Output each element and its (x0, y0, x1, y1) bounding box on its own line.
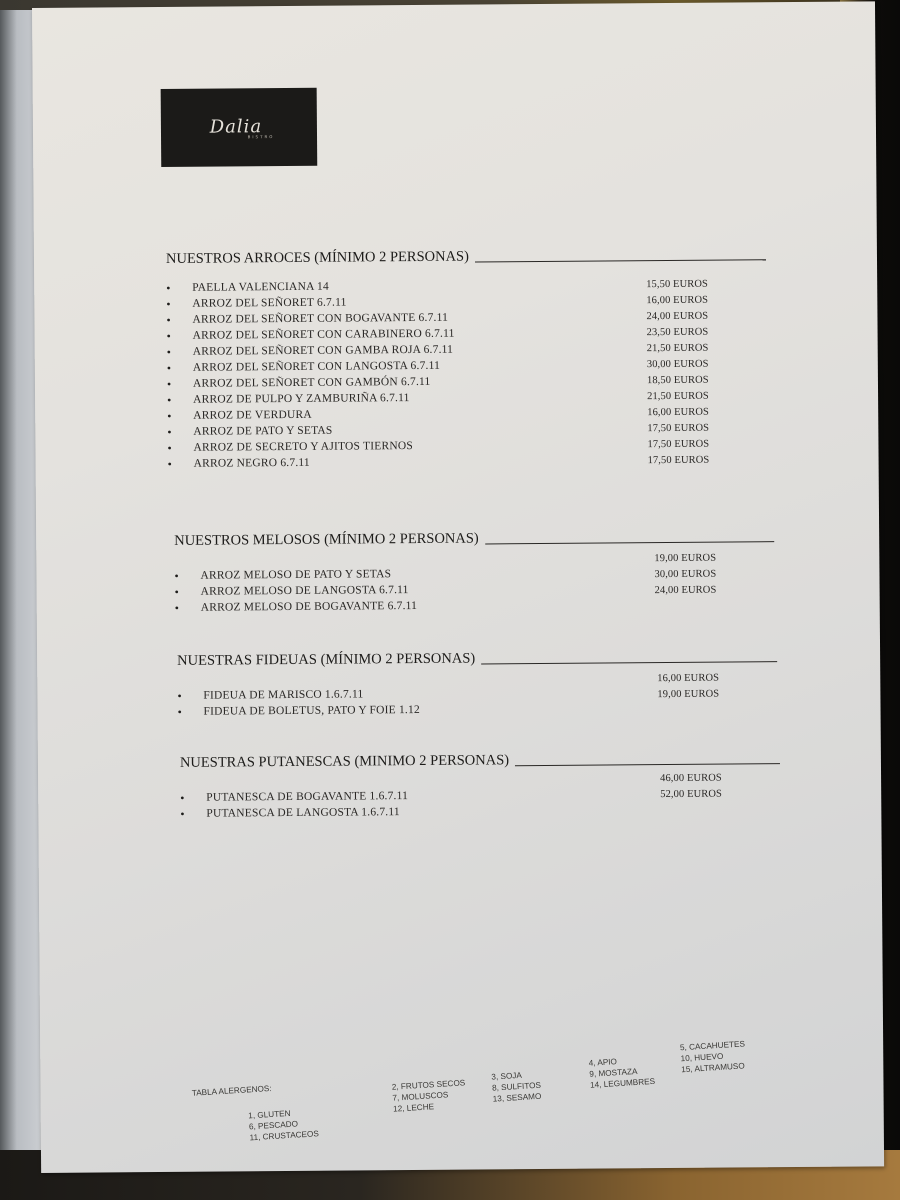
menu-section: NUESTROS ARROCES (MÍNIMO 2 PERSONAS)•PAE… (166, 246, 768, 472)
item-name: FIDEUA DE BOLETUS, PATO Y FOIE 1.12 (203, 704, 419, 718)
item-name: ARROZ DE SECRETO Y AJITOS TIERNOS (193, 440, 413, 454)
bullet-icon: • (166, 312, 192, 327)
item-list: •PUTANESCA DE BOGAVANTE 1.6.7.11•PUTANES… (180, 785, 780, 822)
item-price: 19,00 EUROS (654, 549, 774, 566)
menu-item: •PUTANESCA DE LANGOSTA 1.6.7.11 (180, 801, 780, 822)
logo-subtitle: BISTRO (248, 134, 275, 139)
section-divider (475, 259, 766, 262)
bullet-icon: • (168, 456, 194, 471)
menu-section: NUESTROS MELOSOS (MÍNIMO 2 PERSONAS)•ARR… (174, 528, 775, 616)
menu-item: •FIDEUA DE BOLETUS, PATO Y FOIE 1.12 (177, 699, 777, 720)
price-column: 46,00 EUROS52,00 EUROS (660, 769, 780, 802)
item-name: ARROZ DEL SEÑORET 6.7.11 (192, 297, 346, 310)
allergen-title: TABLA ALERGENOS: (192, 1084, 272, 1098)
section-header: NUESTRAS FIDEUAS (MÍNIMO 2 PERSONAS) (177, 648, 777, 670)
section-header: NUESTROS ARROCES (MÍNIMO 2 PERSONAS) (166, 246, 766, 268)
bullet-icon: • (177, 704, 203, 719)
menu-item: •ARROZ MELOSO DE BOGAVANTE 6.7.11 (175, 595, 775, 616)
price-column: 16,00 EUROS19,00 EUROS (657, 669, 777, 702)
item-name: ARROZ DEL SEÑORET CON GAMBA ROJA 6.7.11 (193, 344, 453, 358)
item-list: •PAELLA VALENCIANA 14•ARROZ DEL SEÑORET … (166, 275, 767, 472)
bullet-icon: • (167, 376, 193, 391)
allergen-entry: 13, SESAMO (492, 1092, 542, 1106)
item-name: ARROZ DE PULPO Y ZAMBURIÑA 6.7.11 (193, 392, 410, 406)
bullet-icon: • (167, 344, 193, 359)
section-title: NUESTRAS FIDEUAS (MÍNIMO 2 PERSONAS) (177, 651, 475, 670)
item-price: 17,50 EUROS (647, 419, 767, 436)
item-price: 24,00 EUROS (646, 307, 766, 324)
item-name: ARROZ MELOSO DE BOGAVANTE 6.7.11 (201, 600, 417, 614)
menu-section: NUESTRAS PUTANESCAS (MINIMO 2 PERSONAS)•… (180, 750, 781, 822)
section-title: NUESTROS MELOSOS (MÍNIMO 2 PERSONAS) (174, 531, 479, 550)
item-price: 30,00 EUROS (654, 565, 774, 582)
item-name: ARROZ DEL SEÑORET CON GAMBÓN 6.7.11 (193, 376, 431, 390)
item-price: 24,00 EUROS (655, 581, 775, 598)
allergen-column: 2, FRUTOS SECOS7, MOLUSCOS12, LECHE (392, 1078, 467, 1115)
item-name: ARROZ DE PATO Y SETAS (193, 425, 332, 438)
menu-section: NUESTRAS FIDEUAS (MÍNIMO 2 PERSONAS)•FID… (177, 648, 778, 720)
item-name: ARROZ DEL SEÑORET CON CARABINERO 6.7.11 (193, 328, 455, 342)
section-divider (485, 541, 774, 544)
item-name: ARROZ NEGRO 6.7.11 (194, 457, 310, 470)
bullet-icon: • (166, 280, 192, 295)
bullet-icon: • (167, 392, 193, 407)
bullet-icon: • (174, 568, 200, 583)
item-price: 16,00 EUROS (657, 669, 777, 686)
item-list: •ARROZ MELOSO DE PATO Y SETAS•ARROZ MELO… (174, 563, 774, 616)
allergen-column: 1, GLUTEN6, PESCADO11, CRUSTACEOS (248, 1107, 319, 1144)
bullet-icon: • (167, 440, 193, 455)
item-price: 30,00 EUROS (647, 355, 767, 372)
bullet-icon: • (167, 328, 193, 343)
section-header: NUESTRAS PUTANESCAS (MINIMO 2 PERSONAS) (180, 750, 780, 772)
item-price: 15,50 EUROS (646, 275, 766, 292)
item-name: ARROZ MELOSO DE PATO Y SETAS (200, 568, 391, 581)
bullet-icon: • (167, 408, 193, 423)
item-price: 21,50 EUROS (647, 339, 767, 356)
item-price: 46,00 EUROS (660, 769, 780, 786)
section-title: NUESTRAS PUTANESCAS (MINIMO 2 PERSONAS) (180, 752, 509, 772)
bullet-icon: • (180, 806, 206, 821)
allergen-column: 4, APIO9, MOSTAZA14, LEGUMBRES (588, 1055, 655, 1092)
price-column: 15,50 EUROS16,00 EUROS24,00 EUROS23,50 E… (646, 275, 768, 468)
menu-page: Dalia BISTRO NUESTROS ARROCES (MÍNIMO 2 … (32, 1, 884, 1173)
allergen-column: 5, CACAHUETES10, HUEVO15, ALTRAMUSO (680, 1039, 747, 1076)
item-price: 16,00 EUROS (646, 291, 766, 308)
section-divider (515, 763, 780, 766)
bullet-icon: • (177, 688, 203, 703)
price-column: 19,00 EUROS30,00 EUROS24,00 EUROS (654, 549, 774, 598)
item-price: 19,00 EUROS (657, 685, 777, 702)
item-name: PAELLA VALENCIANA 14 (192, 281, 329, 294)
bullet-icon: • (167, 360, 193, 375)
item-name: ARROZ MELOSO DE LANGOSTA 6.7.11 (201, 584, 409, 598)
item-name: ARROZ DE VERDURA (193, 409, 312, 422)
item-price: 16,00 EUROS (647, 403, 767, 420)
section-header: NUESTROS MELOSOS (MÍNIMO 2 PERSONAS) (174, 528, 774, 550)
item-price: 52,00 EUROS (660, 785, 780, 802)
allergen-column: 3, SOJA8, SULFITOS13, SESAMO (491, 1070, 542, 1106)
item-name: ARROZ DEL SEÑORET CON BOGAVANTE 6.7.11 (192, 312, 448, 326)
section-title: NUESTROS ARROCES (MÍNIMO 2 PERSONAS) (166, 249, 469, 268)
item-name: PUTANESCA DE BOGAVANTE 1.6.7.11 (206, 790, 408, 804)
item-price: 21,50 EUROS (647, 387, 767, 404)
item-name: FIDEUA DE MARISCO 1.6.7.11 (203, 688, 363, 701)
bullet-icon: • (175, 600, 201, 615)
bullet-icon: • (166, 296, 192, 311)
bullet-icon: • (175, 584, 201, 599)
item-list: •FIDEUA DE MARISCO 1.6.7.11•FIDEUA DE BO… (177, 683, 777, 720)
item-price: 17,50 EUROS (647, 435, 767, 452)
item-name: ARROZ DEL SEÑORET CON LANGOSTA 6.7.11 (193, 360, 440, 374)
item-price: 23,50 EUROS (647, 323, 767, 340)
item-price: 18,50 EUROS (647, 371, 767, 388)
item-price: 17,50 EUROS (648, 451, 768, 468)
restaurant-logo: Dalia BISTRO (161, 88, 318, 167)
item-name: PUTANESCA DE LANGOSTA 1.6.7.11 (206, 806, 400, 820)
section-divider (481, 661, 777, 664)
bullet-icon: • (167, 424, 193, 439)
allergen-table: TABLA ALERGENOS: 1, GLUTEN6, PESCADO11, … (190, 1035, 754, 1149)
bullet-icon: • (180, 790, 206, 805)
